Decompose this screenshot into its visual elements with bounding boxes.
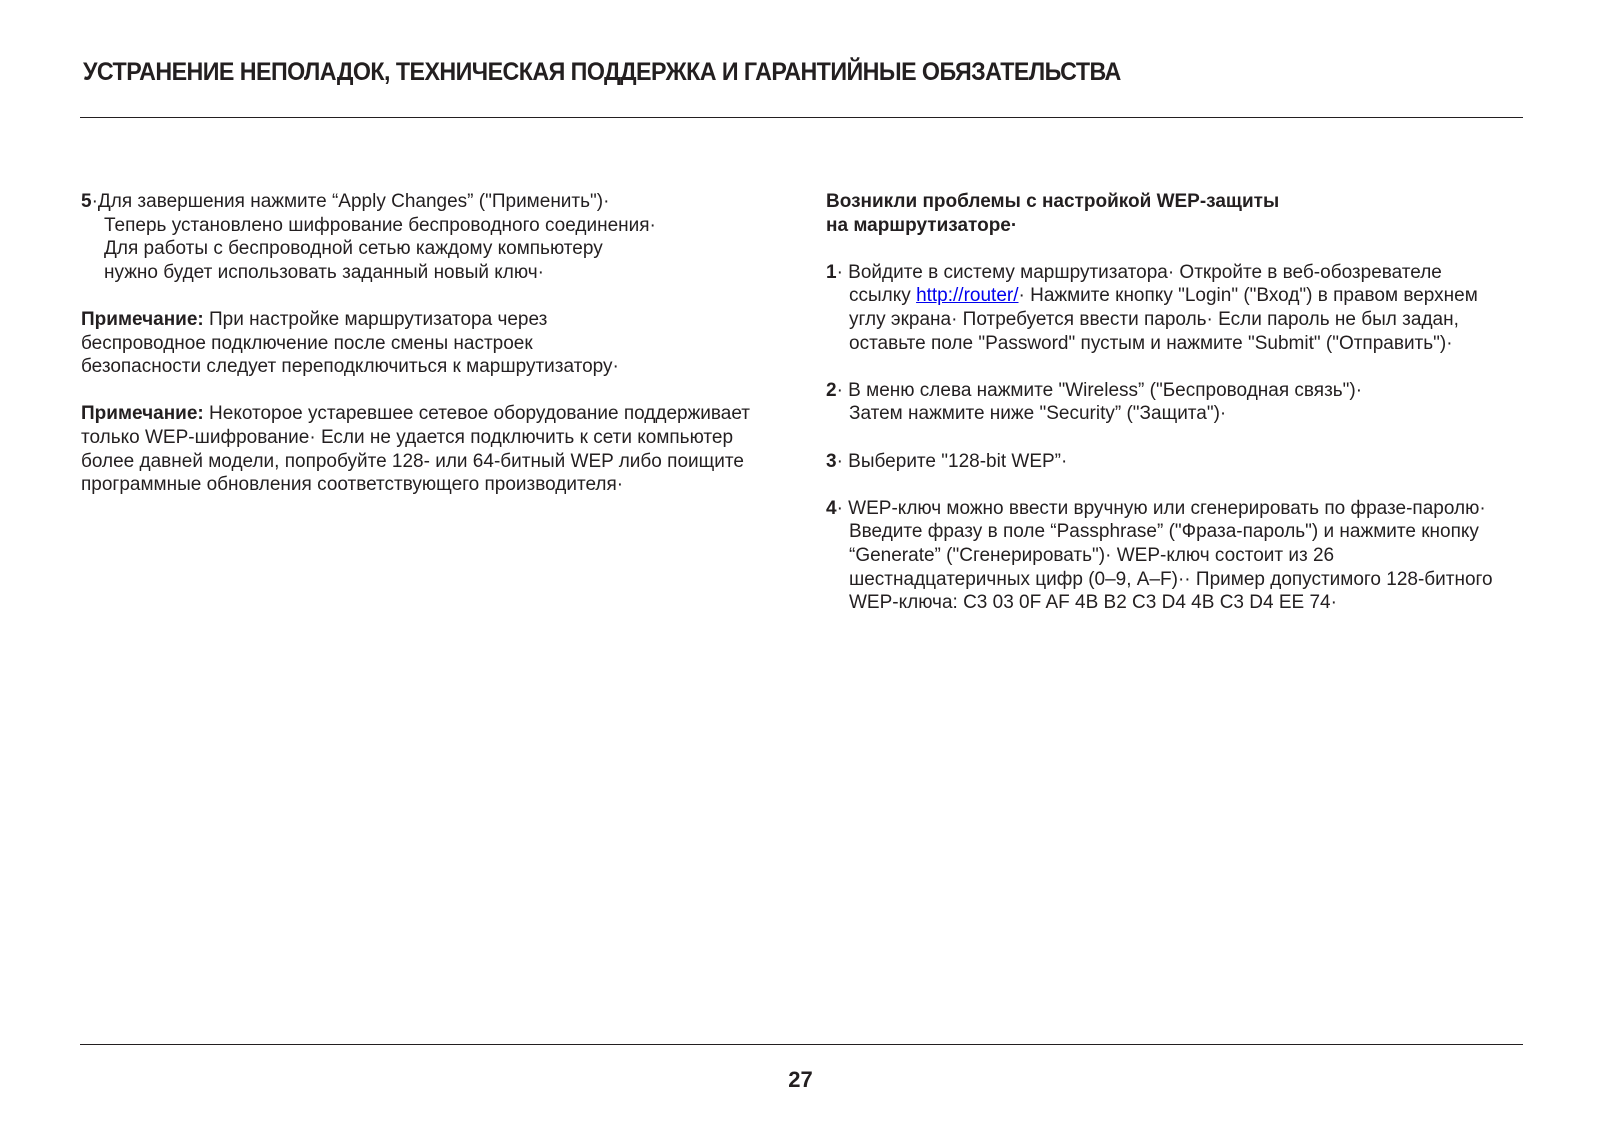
note-wep-legacy: Примечание: Некоторое устаревшее сетевое…	[81, 402, 761, 496]
step-1: 1· Войдите в систему маршрутизатора· Отк…	[826, 261, 1489, 355]
section-heading: Возникли проблемы с настройкой WEP-защит…	[826, 190, 1296, 237]
step-number: 3	[826, 451, 837, 472]
step-text-line: Теперь установлено шифрование беспроводн…	[81, 214, 781, 238]
step-text-line: нужно будет использовать заданный новый …	[81, 261, 781, 285]
note-label: Примечание:	[81, 403, 204, 424]
page-number: 27	[0, 1067, 1601, 1093]
footer-divider	[80, 1044, 1523, 1045]
step-number: 4	[826, 498, 837, 519]
step-text: · Выберите "128-bit WEP”·	[837, 451, 1068, 472]
step-2: 2· В меню слева нажмите "Wireless” ("Бес…	[826, 379, 1409, 426]
step-4: 4· WEP-ключ можно ввести вручную или сге…	[826, 497, 1509, 615]
step-text-line: Для работы с беспроводной сетью каждому …	[81, 237, 781, 261]
note-label: Примечание:	[81, 309, 204, 330]
step-number: 2	[826, 380, 837, 401]
step-number: 5	[81, 191, 92, 212]
note-reconnect: Примечание: При настройке маршрутизатора…	[81, 308, 641, 379]
step-text-line: ·Для завершения нажмите “Apply Changes” …	[92, 191, 610, 212]
router-link[interactable]: http://router/	[916, 285, 1018, 306]
step-text: · WEP-ключ можно ввести вручную или сген…	[837, 498, 1493, 613]
step-text: · В меню слева нажмите "Wireless” ("Бесп…	[837, 380, 1363, 425]
header-divider	[80, 117, 1523, 118]
page-title: УСТРАНЕНИЕ НЕПОЛАДОК, ТЕХНИЧЕСКАЯ ПОДДЕР…	[83, 58, 1121, 87]
step-3: 3· Выберите "128-bit WEP”·	[826, 450, 1526, 474]
left-column: 5·Для завершения нажмите “Apply Changes”…	[81, 190, 781, 520]
step-5: 5·Для завершения нажмите “Apply Changes”…	[81, 190, 781, 284]
step-number: 1	[826, 262, 837, 283]
right-column: Возникли проблемы с настройкой WEP-защит…	[826, 190, 1526, 638]
